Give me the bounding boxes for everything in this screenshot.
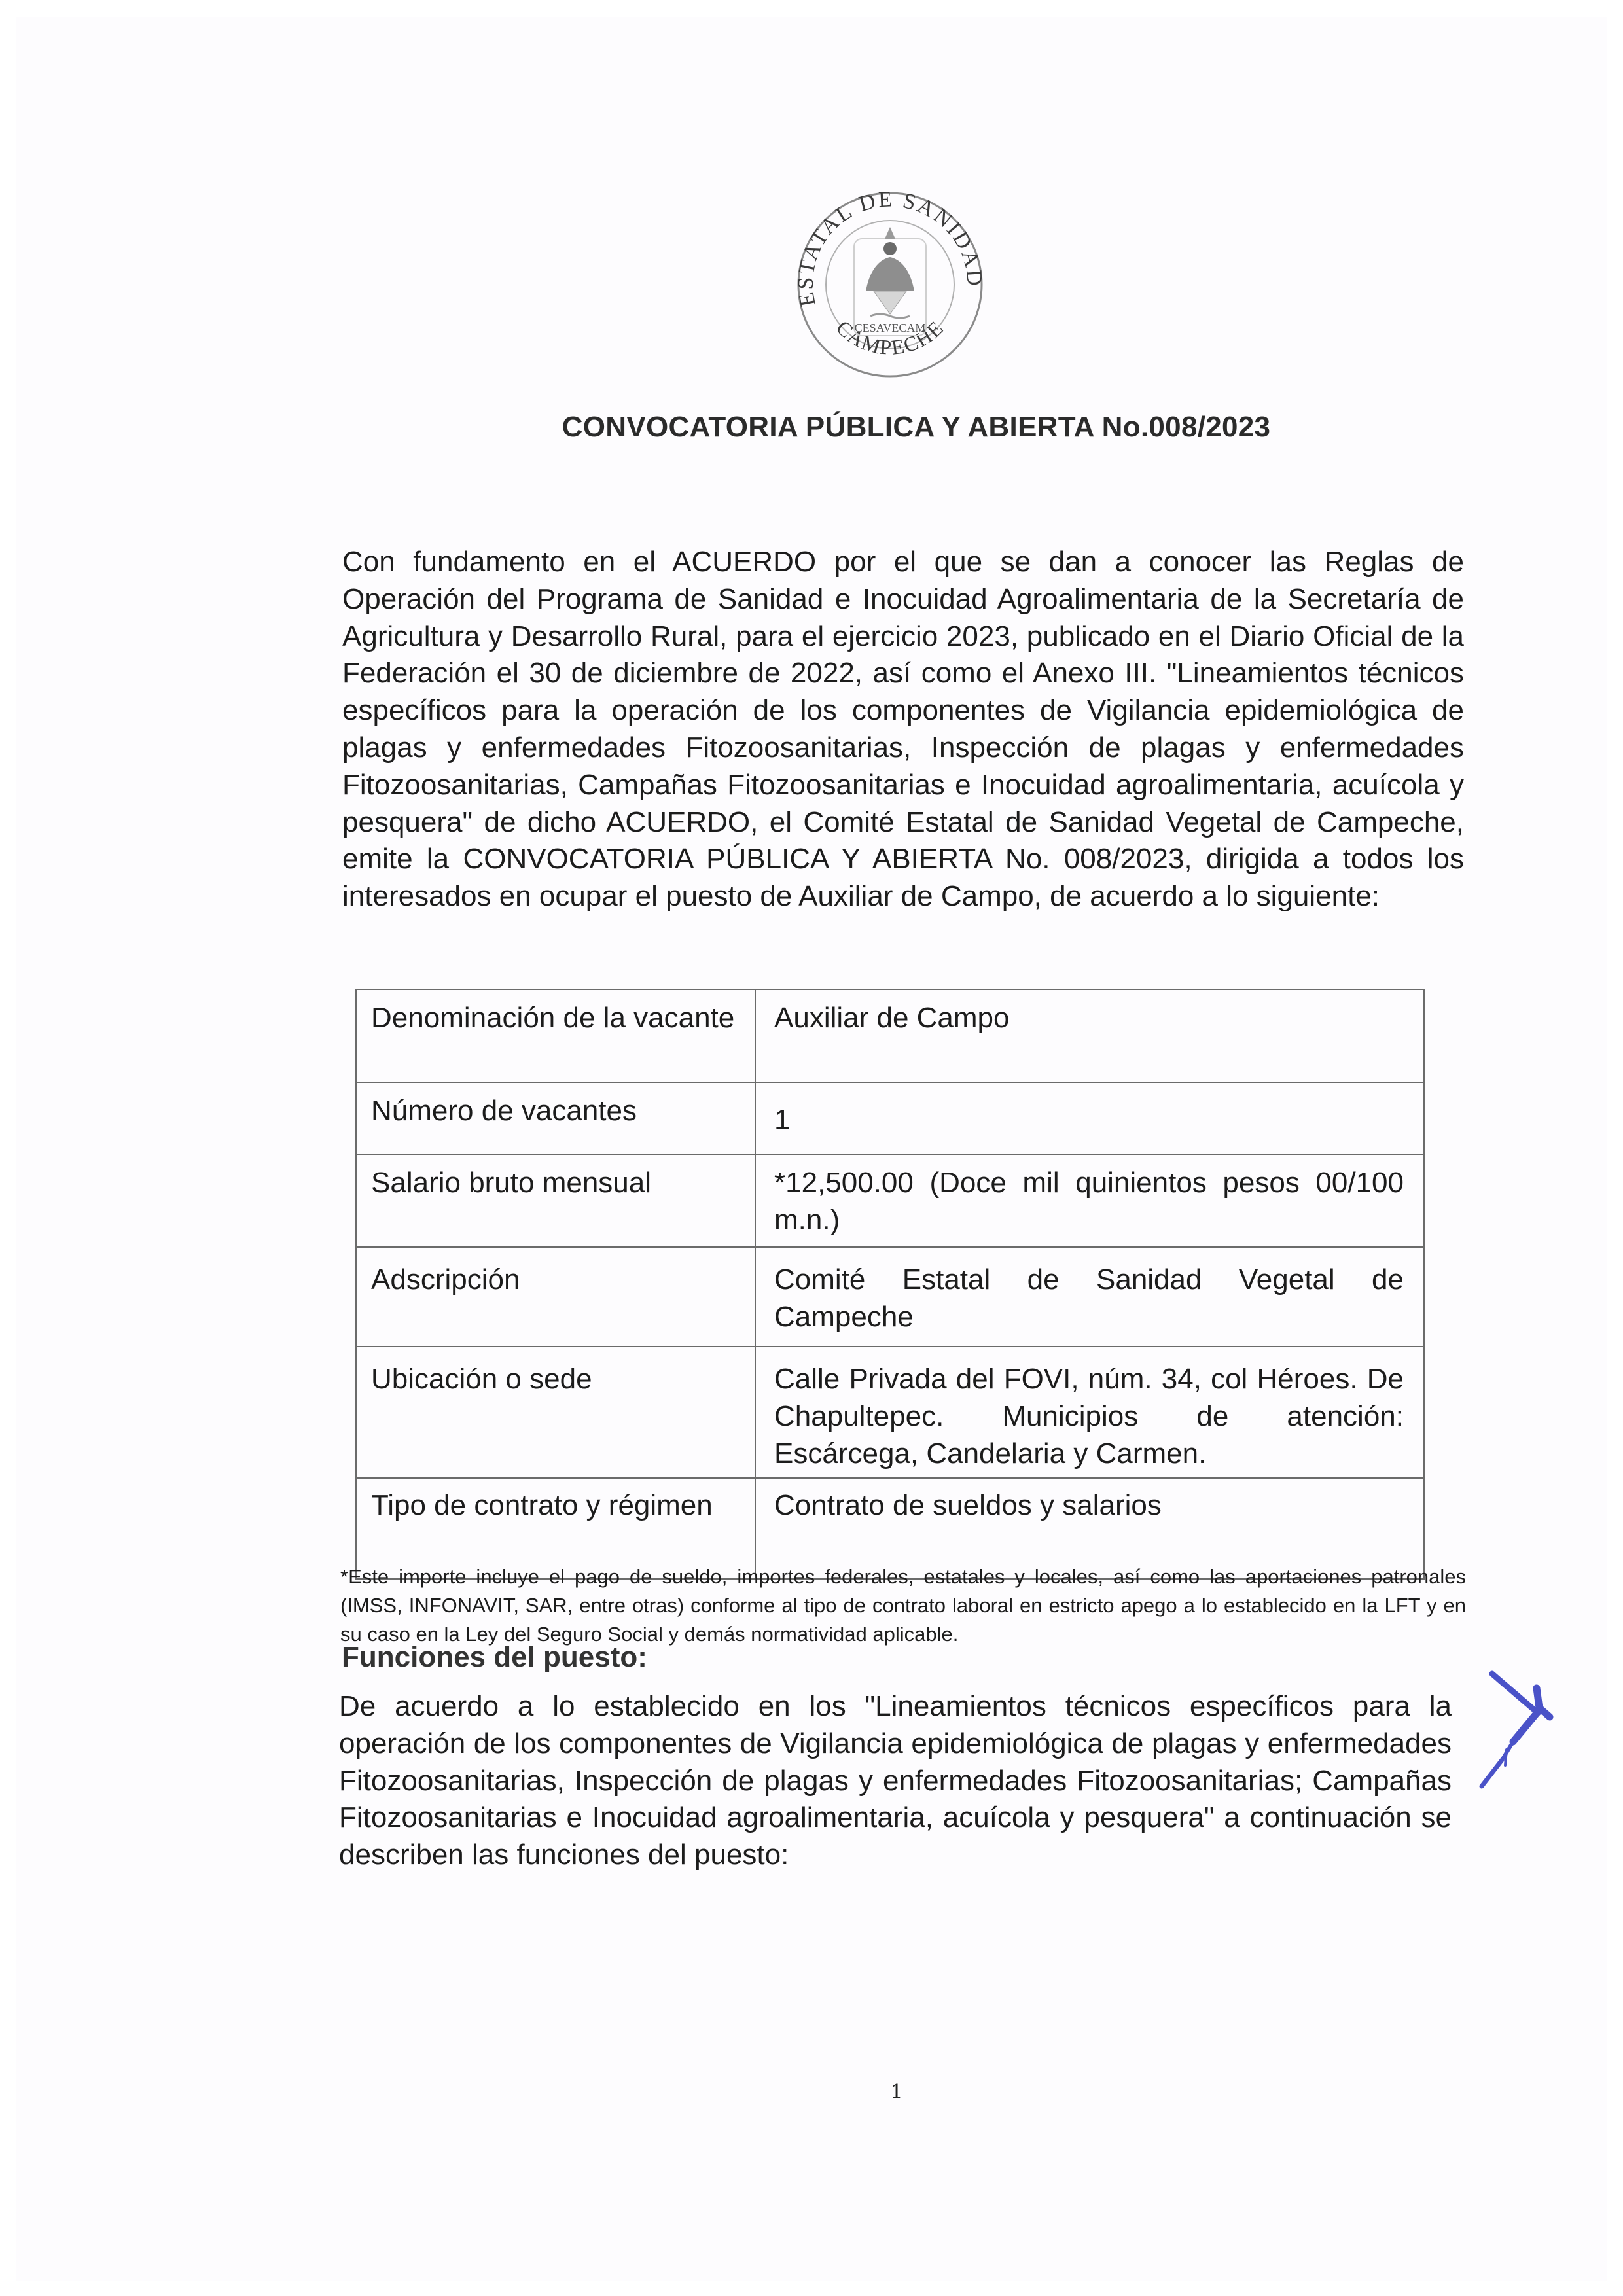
seal-logo-icon: COMITE ESTATAL DE SANIDAD VEGETAL CAMPEC… bbox=[789, 186, 991, 383]
functions-paragraph: De acuerdo a lo establecido en los "Line… bbox=[339, 1688, 1452, 1874]
row-label: Adscripción bbox=[356, 1247, 755, 1347]
row-value: Calle Privada del FOVI, núm. 34, col Hér… bbox=[755, 1347, 1424, 1478]
vacancy-table: Denominación de la vacante Auxiliar de C… bbox=[355, 989, 1425, 1580]
row-value: Auxiliar de Campo bbox=[755, 989, 1424, 1082]
handwritten-initial-icon bbox=[1466, 1662, 1564, 1793]
page-number: 1 bbox=[877, 2081, 916, 2104]
page-title: CONVOCATORIA PÚBLICA Y ABIERTA No.008/20… bbox=[510, 411, 1322, 444]
row-label: Denominación de la vacante bbox=[356, 989, 755, 1082]
table-row: Adscripción Comité Estatal de Sanidad Ve… bbox=[356, 1247, 1424, 1347]
table-row: Denominación de la vacante Auxiliar de C… bbox=[356, 989, 1424, 1082]
table-row: Salario bruto mensual *12,500.00 (Doce m… bbox=[356, 1154, 1424, 1247]
table-row: Ubicación o sede Calle Privada del FOVI,… bbox=[356, 1347, 1424, 1478]
row-label: Salario bruto mensual bbox=[356, 1154, 755, 1247]
table-row: Número de vacantes 1 bbox=[356, 1082, 1424, 1154]
row-label: Número de vacantes bbox=[356, 1082, 755, 1154]
salary-footnote: *Este importe incluye el pago de sueldo,… bbox=[340, 1563, 1466, 1649]
row-value: *12,500.00 (Doce mil quinientos pesos 00… bbox=[755, 1154, 1424, 1247]
intro-paragraph: Con fundamento en el ACUERDO por el que … bbox=[342, 544, 1464, 915]
svg-text:CESAVECAM: CESAVECAM bbox=[855, 321, 926, 334]
row-value: 1 bbox=[755, 1082, 1424, 1154]
row-value: Comité Estatal de Sanidad Vegetal de Cam… bbox=[755, 1247, 1424, 1347]
row-label: Ubicación o sede bbox=[356, 1347, 755, 1478]
functions-heading: Funciones del puesto: bbox=[342, 1641, 647, 1674]
